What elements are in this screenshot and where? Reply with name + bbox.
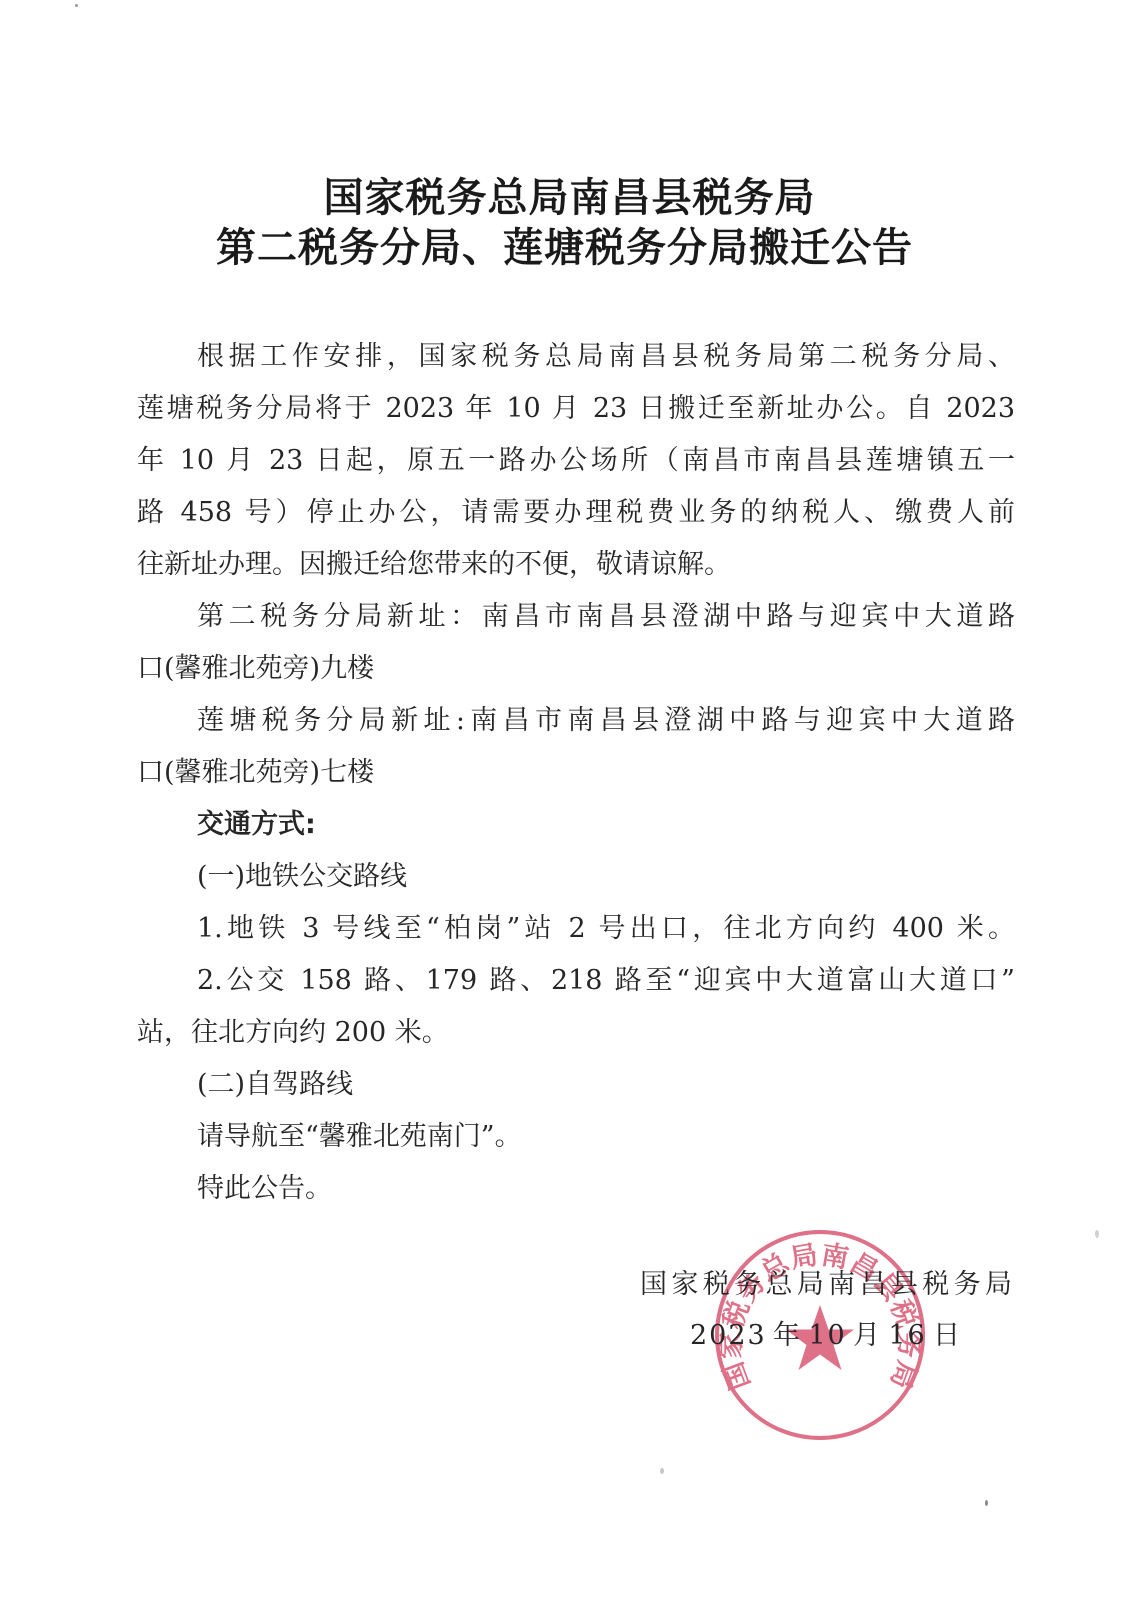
title-line-2: 第二税务分局、莲塘税务分局搬迁公告 (0, 223, 1129, 273)
scan-speck (75, 4, 78, 7)
transport-subheading-transit: (一)地铁公交路线 (197, 860, 1015, 894)
body-line: 往新址办理。因搬迁给您带来的不便，敬请谅解。 (137, 548, 1015, 582)
transport-heading: 交通方式: (197, 808, 1015, 842)
body-line: 莲塘税务分局将于 2023 年 10 月 23 日搬迁至新址办公。自 2023 (137, 392, 1015, 426)
signature-date: 2023年10月16日 (690, 1319, 962, 1353)
transport-item-metro: 1.地铁 3 号线至“柏岗”站 2 号出口，往北方向约 400 米。 (197, 912, 1015, 946)
document-page: 国家税务总局南昌县税务局 第二税务分局、莲塘税务分局搬迁公告 根据工作安排，国家… (0, 0, 1129, 1600)
document-title: 国家税务总局南昌县税务局 第二税务分局、莲塘税务分局搬迁公告 (0, 173, 1129, 273)
title-line-1: 国家税务总局南昌县税务局 (0, 173, 1129, 223)
address-line-liantang-branch-cont: 口(馨雅北苑旁)七楼 (137, 756, 1015, 790)
body-line: 年 10 月 23 日起，原五一路办公场所（南昌市南昌县莲塘镇五一 (137, 444, 1015, 478)
address-line-second-branch-cont: 口(馨雅北苑旁)九楼 (137, 652, 1015, 686)
scan-speck (660, 1468, 664, 1474)
closing-statement: 特此公告。 (197, 1172, 1015, 1206)
body-line: 路 458 号）停止办公，请需要办理税费业务的纳税人、缴费人前 (137, 496, 1015, 530)
scan-speck (985, 1500, 988, 1506)
transport-item-bus-cont: 站，往北方向约 200 米。 (137, 1016, 1015, 1050)
scan-speck (1095, 1230, 1099, 1238)
driving-instruction: 请导航至“馨雅北苑南门”。 (197, 1120, 1015, 1154)
signature-organization: 国家税务总局南昌县税务局 (640, 1268, 1012, 1302)
transport-subheading-driving: (二)自驾路线 (197, 1068, 1015, 1102)
address-line-second-branch: 第二税务分局新址：南昌市南昌县澄湖中路与迎宾中大道路 (197, 600, 1015, 634)
address-line-liantang-branch: 莲塘税务分局新址:南昌市南昌县澄湖中路与迎宾中大道路 (197, 704, 1015, 738)
transport-item-bus: 2.公交 158 路、179 路、218 路至“迎宾中大道富山大道口” (197, 964, 1015, 998)
body-line: 根据工作安排，国家税务总局南昌县税务局第二税务分局、 (197, 340, 1015, 374)
